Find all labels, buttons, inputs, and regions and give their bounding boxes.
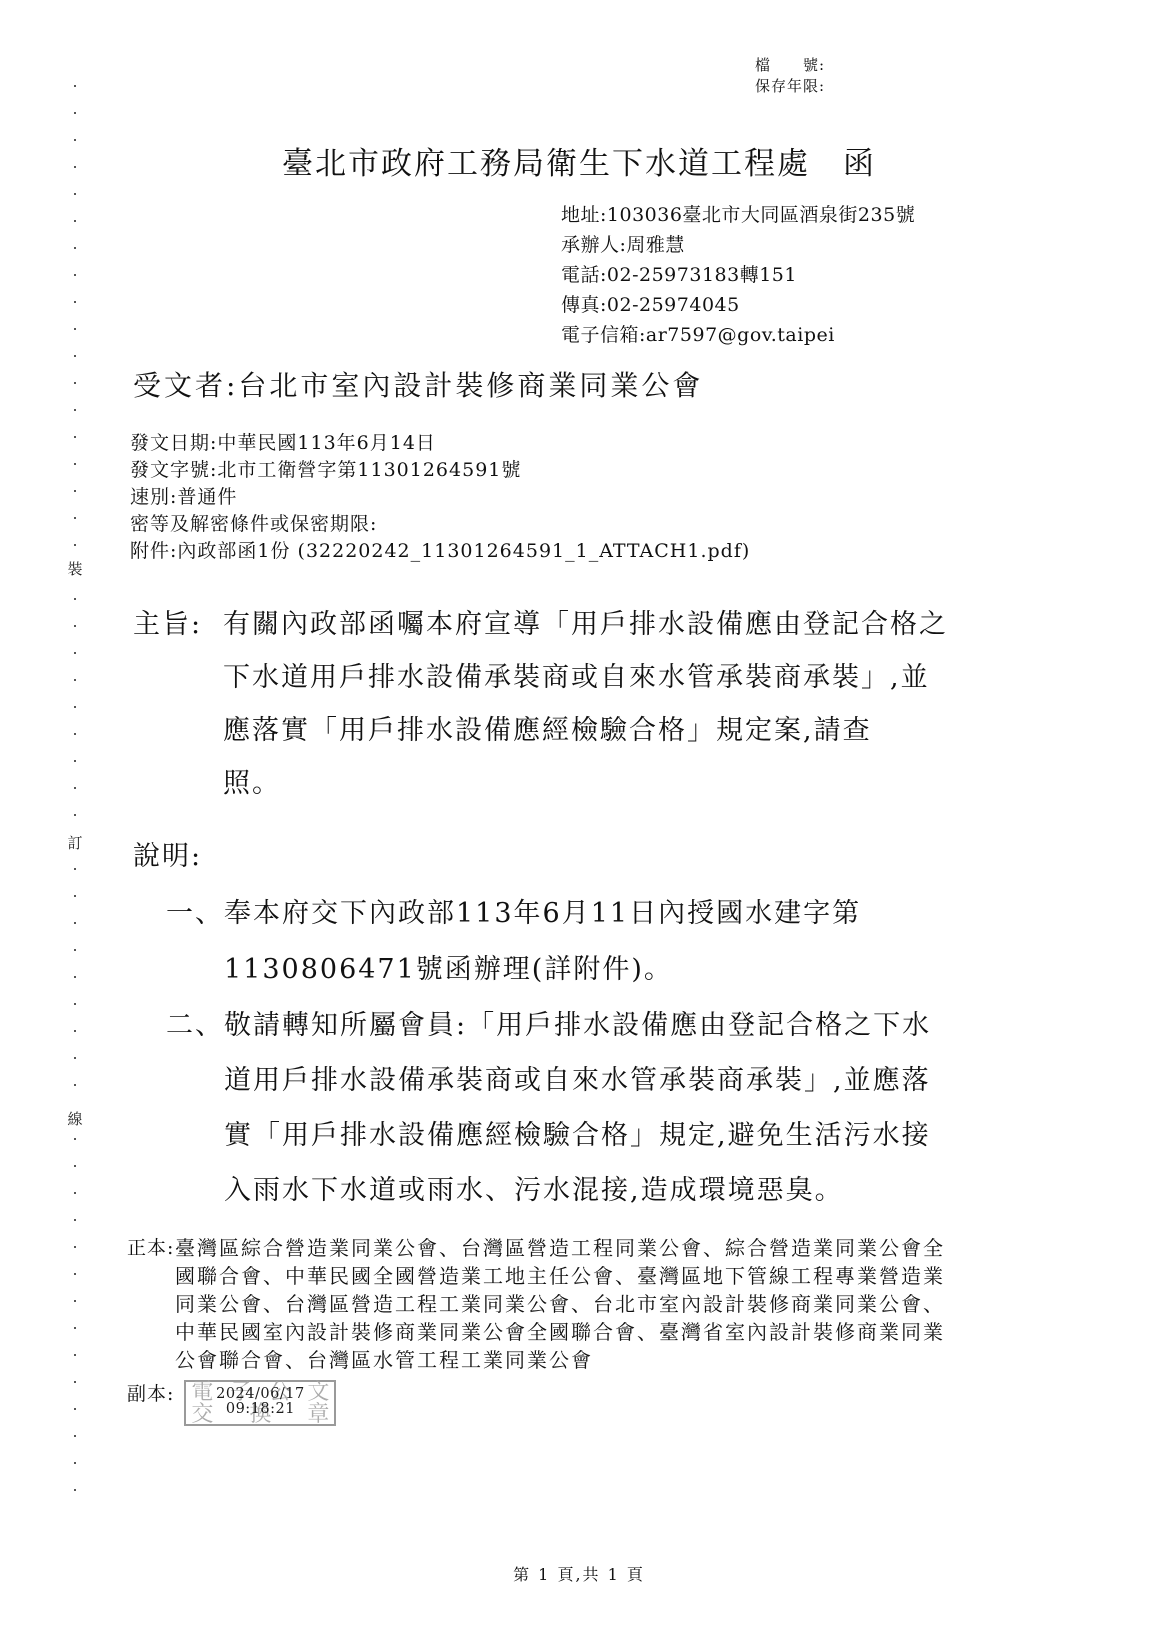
- item-line: 敬請轉知所屬會員:「用戶排水設備應由登記合格之下水: [224, 998, 931, 1053]
- issue-date: 發文日期:中華民國113年6月14日: [130, 430, 750, 457]
- item-line: 奉本府交下內政部113年6月11日內授國水建字第: [224, 886, 861, 942]
- item-line: 實「用戶排水設備應經檢驗合格」規定,避免生活污水接: [224, 1108, 931, 1163]
- original-recipients: 臺灣區綜合營造業同業公會、台灣區營造工程同業公會、綜合營造業同業公會全 國聯合會…: [175, 1234, 945, 1374]
- file-number-label: 檔 號:: [755, 55, 825, 76]
- explanation-item-1: 一、 奉本府交下內政部113年6月11日內授國水建字第 1130806471號函…: [166, 886, 861, 998]
- archive-header: 檔 號: 保存年限:: [755, 55, 825, 97]
- retention-label: 保存年限:: [755, 76, 825, 97]
- binding-dotted-line: [74, 85, 76, 1515]
- item-line: 入雨水下水道或雨水、污水混接,造成環境惡臭。: [224, 1163, 931, 1218]
- contact-phone: 電話:02-25973183轉151: [561, 260, 915, 290]
- original-copies-section: 正本: 臺灣區綜合營造業同業公會、台灣區營造工程同業公會、綜合營造業同業公會全 …: [127, 1234, 945, 1374]
- attachment-line: 附件:內政部函1份 (32220242_11301264591_1_ATTACH…: [130, 538, 750, 565]
- cc-section: 副本: 電 子 公 文 交 換 章 2024/06/17 09:18:21: [127, 1380, 336, 1426]
- electronic-exchange-stamp: 電 子 公 文 交 換 章 2024/06/17 09:18:21: [184, 1380, 336, 1426]
- explanation-item-2: 二、 敬請轉知所屬會員:「用戶排水設備應由登記合格之下水 道用戶排水設備承裝商或…: [166, 998, 931, 1218]
- original-line: 國聯合會、中華民國全國營造業工地主任公會、臺灣區地下管線工程專業營造業: [175, 1262, 945, 1290]
- subject-line: 應落實「用戶排水設備應經檢驗合格」規定案,請查: [223, 704, 948, 757]
- item-number: 二、: [166, 998, 224, 1218]
- cc-label: 副本:: [127, 1380, 174, 1408]
- item-line: 1130806471號函辦理(詳附件)。: [224, 942, 861, 998]
- subject-text: 有關內政部函囑本府宣導「用戶排水設備應由登記合格之 下水道用戶排水設備承裝商或自…: [223, 598, 948, 810]
- subject-line: 有關內政部函囑本府宣導「用戶排水設備應由登記合格之: [223, 598, 948, 651]
- item-text: 奉本府交下內政部113年6月11日內授國水建字第 1130806471號函辦理(…: [224, 886, 861, 998]
- contact-block: 地址:103036臺北市大同區酒泉街235號 承辦人:周雅慧 電話:02-259…: [561, 200, 915, 350]
- original-label: 正本:: [127, 1234, 175, 1374]
- contact-fax: 傳真:02-25974045: [561, 290, 915, 320]
- item-number: 一、: [166, 886, 224, 998]
- explanation-label: 說明:: [133, 834, 202, 873]
- stamp-datetime: 2024/06/17 09:18:21: [186, 1387, 334, 1417]
- binding-mark-xian: 線: [66, 1110, 84, 1128]
- meta-block: 發文日期:中華民國113年6月14日 發文字號:北市工衛營字第113012645…: [130, 430, 750, 565]
- doc-number: 發文字號:北市工衛營字第11301264591號: [130, 457, 750, 484]
- original-line: 公會聯合會、台灣區水管工程工業同業公會: [175, 1346, 945, 1374]
- subject-section: 主旨: 有關內政部函囑本府宣導「用戶排水設備應由登記合格之 下水道用戶排水設備承…: [133, 598, 948, 810]
- subject-line: 照。: [223, 757, 948, 810]
- item-text: 敬請轉知所屬會員:「用戶排水設備應由登記合格之下水 道用戶排水設備承裝商或自來水…: [224, 998, 931, 1218]
- page-footer: 第 1 頁,共 1 頁: [0, 1562, 1158, 1585]
- document-title: 臺北市政府工務局衛生下水道工程處 函: [0, 138, 1158, 183]
- contact-person: 承辦人:周雅慧: [561, 230, 915, 260]
- original-line: 同業公會、台灣區營造工程工業同業公會、台北市室內設計裝修商業同業公會、: [175, 1290, 945, 1318]
- security-class: 密等及解密條件或保密期限:: [130, 511, 750, 538]
- item-line: 道用戶排水設備承裝商或自來水管承裝商承裝」,並應落: [224, 1053, 931, 1108]
- subject-label: 主旨:: [133, 598, 223, 810]
- original-line: 臺灣區綜合營造業同業公會、台灣區營造工程同業公會、綜合營造業同業公會全: [175, 1234, 945, 1262]
- original-line: 中華民國室內設計裝修商業同業公會全國聯合會、臺灣省室內設計裝修商業同業: [175, 1318, 945, 1346]
- official-letter-page: 裝 訂 線 檔 號: 保存年限: 臺北市政府工務局衛生下水道工程處 函 地址:1…: [0, 0, 1158, 1649]
- binding-mark-zhuang: 裝: [66, 560, 84, 578]
- stamp-time: 09:18:21: [186, 1402, 334, 1417]
- contact-address: 地址:103036臺北市大同區酒泉街235號: [561, 200, 915, 230]
- stamp-date: 2024/06/17: [186, 1387, 334, 1402]
- binding-mark-ding: 訂: [66, 834, 84, 852]
- contact-email: 電子信箱:ar7597@gov.taipei: [561, 320, 915, 350]
- subject-line: 下水道用戶排水設備承裝商或自來水管承裝商承裝」,並: [223, 651, 948, 704]
- recipient-line: 受文者:台北市室內設計裝修商業同業公會: [133, 364, 703, 404]
- speed-class: 速別:普通件: [130, 484, 750, 511]
